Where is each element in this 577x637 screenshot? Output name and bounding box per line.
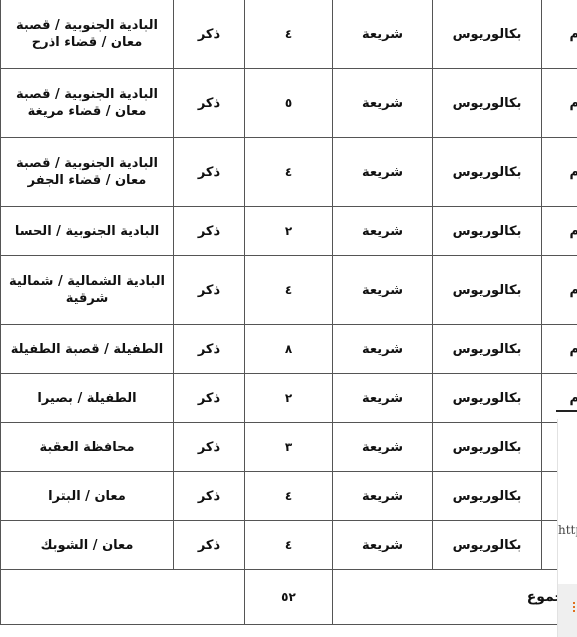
count-cell: ٥ — [245, 69, 333, 138]
panel-pointer-line — [556, 410, 577, 412]
total-value: ٥٢ — [245, 570, 333, 625]
job-cell: امام — [542, 69, 577, 138]
job-cell: امام — [542, 325, 577, 374]
gender-cell: ذكر — [174, 325, 245, 374]
gender-cell: ذكر — [174, 374, 245, 423]
gender-cell: ذكر — [174, 207, 245, 256]
gender-cell: ذكر — [174, 0, 245, 69]
side-popup-panel[interactable]: بمسم الاقا اشغا https المواف — [557, 419, 577, 637]
location-cell: معان / البترا — [1, 472, 174, 521]
location-cell: الطفيلة / قصبة الطفيلة — [1, 325, 174, 374]
degree-cell: بكالوريوس — [433, 374, 542, 423]
total-label: المجموع — [333, 570, 577, 625]
specialization-cell: شريعة — [333, 472, 433, 521]
degree-cell: بكالوريوس — [433, 325, 542, 374]
gender-cell: ذكر — [174, 69, 245, 138]
count-cell: ٣ — [245, 423, 333, 472]
table-row: امام بكالوريوس شريعة ٢ ذكر الطفيلة / بصي… — [1, 374, 577, 423]
location-cell: البادية الجنوبية / قصبة معان / قضاء الجف… — [1, 138, 174, 207]
job-cell: امام — [542, 0, 577, 69]
degree-cell: بكالوريوس — [433, 472, 542, 521]
degree-cell: بكالوريوس — [433, 423, 542, 472]
degree-cell: بكالوريوس — [433, 521, 542, 570]
vacancies-table: امام بكالوريوس شريعة ٤ ذكر البادية الجنو… — [0, 0, 577, 625]
count-cell: ٢ — [245, 374, 333, 423]
degree-cell: بكالوريوس — [433, 138, 542, 207]
table-row: امام بكالوريوس شريعة ٤ ذكر معان / البترا — [1, 472, 577, 521]
specialization-cell: شريعة — [333, 521, 433, 570]
job-cell: امام — [542, 256, 577, 325]
specialization-cell: شريعة — [333, 207, 433, 256]
table-row: امام بكالوريوس شريعة ٤ ذكر البادية الجنو… — [1, 138, 577, 207]
count-cell: ٤ — [245, 256, 333, 325]
specialization-cell: شريعة — [333, 69, 433, 138]
popup-link[interactable]: https — [558, 523, 577, 537]
count-cell: ٤ — [245, 521, 333, 570]
count-cell: ٤ — [245, 0, 333, 69]
specialization-cell: شريعة — [333, 325, 433, 374]
popup-body: بمسم الاقا اشغا https المواف — [558, 419, 577, 584]
job-cell: امام — [542, 374, 577, 423]
job-cell: امام — [542, 138, 577, 207]
table-body: امام بكالوريوس شريعة ٤ ذكر البادية الجنو… — [1, 0, 577, 625]
count-cell: ٤ — [245, 472, 333, 521]
gender-cell: ذكر — [174, 256, 245, 325]
location-cell: البادية الجنوبية / قصبة معان / قضاء اذرح — [1, 0, 174, 69]
location-cell: الطفيلة / بصيرا — [1, 374, 174, 423]
table-row: امام بكالوريوس شريعة ٥ ذكر البادية الجنو… — [1, 69, 577, 138]
table-row: امام بكالوريوس شريعة ٤ ذكر البادية الشما… — [1, 256, 577, 325]
table-row: امام بكالوريوس شريعة ٤ ذكر معان / الشوبك — [1, 521, 577, 570]
location-cell: محافظة العقبة — [1, 423, 174, 472]
table-row: امام بكالوريوس شريعة ٨ ذكر الطفيلة / قصب… — [1, 325, 577, 374]
count-cell: ٢ — [245, 207, 333, 256]
gender-cell: ذكر — [174, 472, 245, 521]
table-row: امام بكالوريوس شريعة ٣ ذكر محافظة العقبة — [1, 423, 577, 472]
location-cell: البادية الجنوبية / قصبة معان / قضاء مريغ… — [1, 69, 174, 138]
gender-cell: ذكر — [174, 521, 245, 570]
table-row: امام بكالوريوس شريعة ٤ ذكر البادية الجنو… — [1, 0, 577, 69]
specialization-cell: شريعة — [333, 0, 433, 69]
count-cell: ٤ — [245, 138, 333, 207]
specialization-cell: شريعة — [333, 138, 433, 207]
total-row: المجموع ٥٢ — [1, 570, 577, 625]
table-row: امام بكالوريوس شريعة ٢ ذكر البادية الجنو… — [1, 207, 577, 256]
specialization-cell: شريعة — [333, 374, 433, 423]
degree-cell: بكالوريوس — [433, 0, 542, 69]
location-cell: البادية الجنوبية / الحسا — [1, 207, 174, 256]
job-cell: امام — [542, 207, 577, 256]
degree-cell: بكالوريوس — [433, 69, 542, 138]
location-cell: معان / الشوبك — [1, 521, 174, 570]
vacancies-table-container: امام بكالوريوس شريعة ٤ ذكر البادية الجنو… — [0, 0, 577, 625]
count-cell: ٨ — [245, 325, 333, 374]
location-cell: البادية الشمالية / شمالية شرقية — [1, 256, 174, 325]
gender-cell: ذكر — [174, 138, 245, 207]
gender-cell: ذكر — [174, 423, 245, 472]
total-empty-cell — [1, 570, 245, 625]
specialization-cell: شريعة — [333, 256, 433, 325]
degree-cell: بكالوريوس — [433, 207, 542, 256]
specialization-cell: شريعة — [333, 423, 433, 472]
grip-icon[interactable] — [573, 602, 577, 612]
degree-cell: بكالوريوس — [433, 256, 542, 325]
